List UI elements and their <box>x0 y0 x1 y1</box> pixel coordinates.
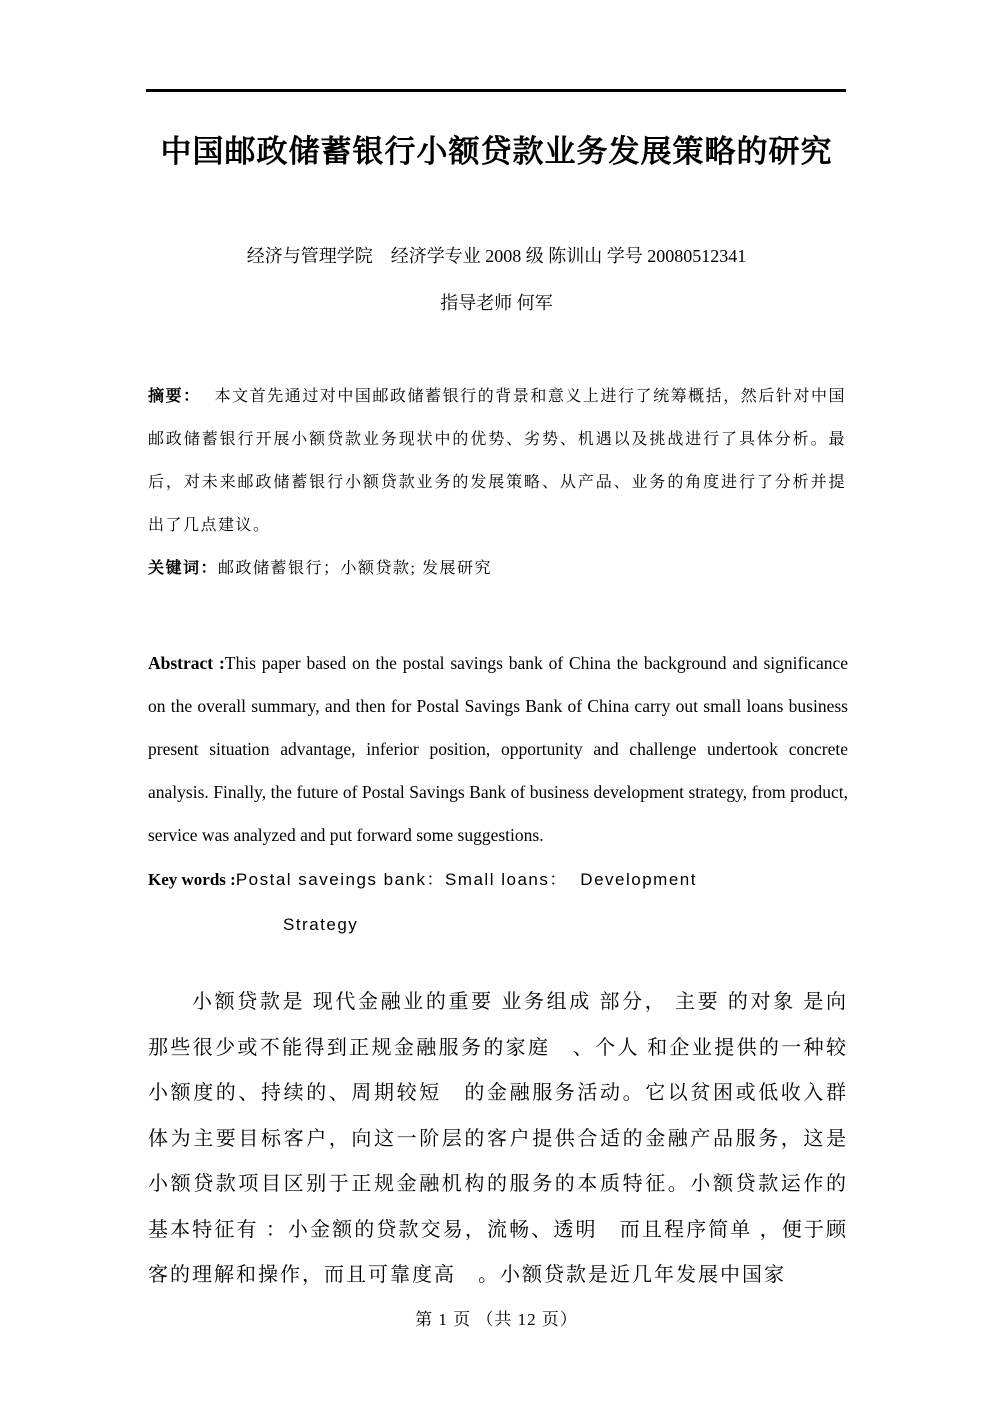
body-paragraph: 小额贷款是 现代金融业的重要 业务组成 部分， 主要 的对象 是向那些很少或不能… <box>148 980 848 1299</box>
keywords-cn-label: 关键词： <box>148 560 218 577</box>
document-page: 中国邮政储蓄银行小额贷款业务发展策略的研究 经济与管理学院 经济学专业 2008… <box>0 0 993 1404</box>
keywords-en-text: Postal saveings bank：Small loans： Develo… <box>236 870 697 889</box>
chinese-abstract-section: 摘要：本文首先通过对中国邮政储蓄银行的背景和意义上进行了统筹概括，然后针对中国邮… <box>148 375 846 590</box>
abstract-en-paragraph: Abstract :This paper based on the postal… <box>148 642 848 857</box>
keywords-en-line2: Strategy <box>148 902 848 947</box>
abstract-en-label: Abstract : <box>148 653 225 673</box>
keywords-en-line1: Key words :Postal saveings bank：Small lo… <box>148 857 848 902</box>
header-rule <box>146 89 846 92</box>
keywords-en-label: Key words : <box>148 870 236 889</box>
author-line: 经济与管理学院 经济学专业 2008 级 陈训山 学号 20080512341 <box>0 242 993 268</box>
abstract-cn-label: 摘要： <box>148 388 201 405</box>
keywords-cn-line: 关键词：邮政储蓄银行；小额贷款; 发展研究 <box>148 547 846 590</box>
keywords-en-strategy: Strategy <box>283 915 358 934</box>
abstract-en-text: This paper based on the postal savings b… <box>148 653 848 845</box>
english-abstract-section: Abstract :This paper based on the postal… <box>148 642 848 947</box>
abstract-cn-text: 本文首先通过对中国邮政储蓄银行的背景和意义上进行了统筹概括，然后针对中国邮政储蓄… <box>148 388 846 534</box>
page-footer: 第 1 页 （共 12 页） <box>0 1305 993 1330</box>
keywords-cn-text: 邮政储蓄银行；小额贷款; 发展研究 <box>218 560 492 577</box>
supervisor-line: 指导老师 何军 <box>0 289 993 315</box>
abstract-cn-paragraph: 摘要：本文首先通过对中国邮政储蓄银行的背景和意义上进行了统筹概括，然后针对中国邮… <box>148 375 846 547</box>
page-title: 中国邮政储蓄银行小额贷款业务发展策略的研究 <box>0 126 993 171</box>
